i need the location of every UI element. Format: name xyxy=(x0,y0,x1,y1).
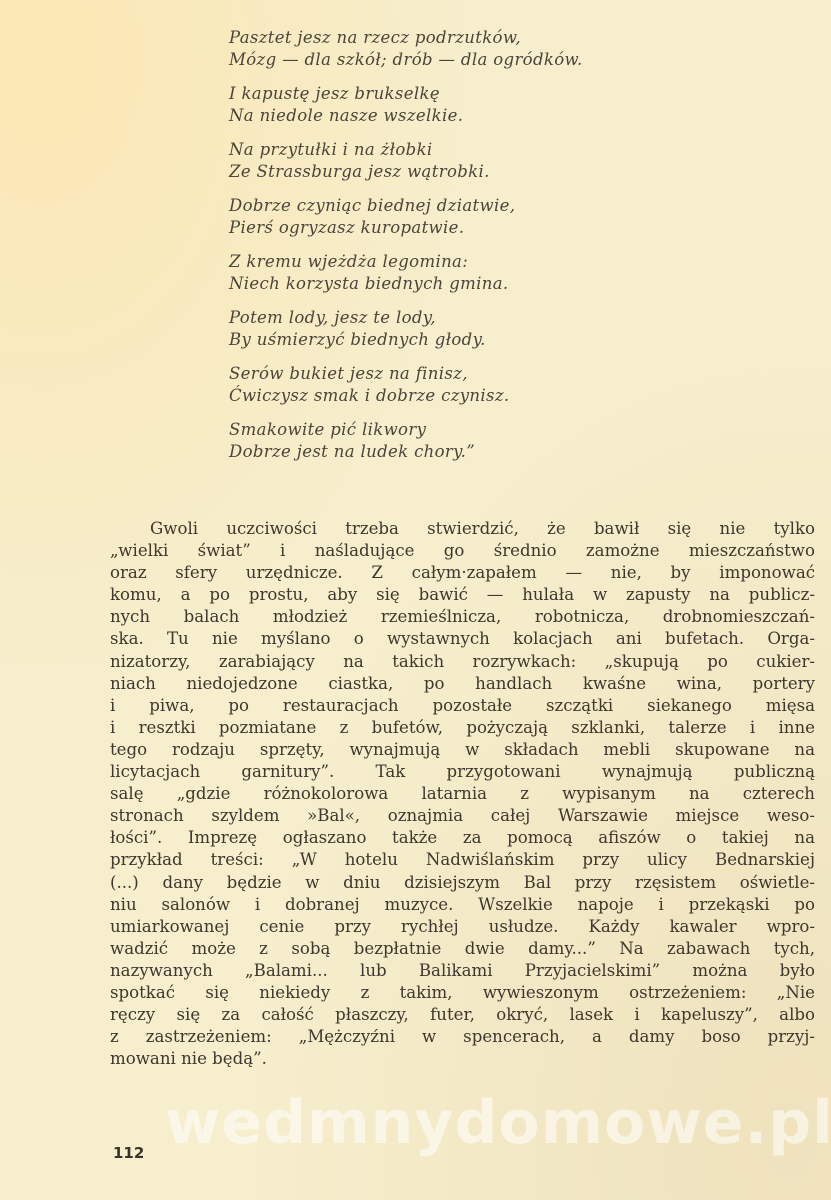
poem-stanza: Na przytułki i na żłobki Ze Strassburga … xyxy=(229,139,709,182)
poem-line: Niech korzysta biednych gmina. xyxy=(229,273,709,295)
paragraph-line: umiarkowanej cenie przy rychłej usłudze.… xyxy=(110,916,815,938)
poem-stanza: Smakowite pić likwory Dobrze jest na lud… xyxy=(229,419,709,462)
paragraph-line: z zastrzeżeniem: „Mężczyźni w spencerach… xyxy=(110,1026,815,1048)
poem-stanza: I kapustę jesz brukselkę Na niedole nasz… xyxy=(229,83,709,126)
paragraph-line: przykład treści: „W hotelu Nadwiślańskim… xyxy=(110,849,815,871)
poem-line: Z kremu wjeżdża legomina: xyxy=(229,251,709,273)
poem-line: I kapustę jesz brukselkę xyxy=(229,83,709,105)
poem-line: Na niedole nasze wszelkie. xyxy=(229,105,709,127)
paragraph-line: Gwoli uczciwości trzeba stwierdzić, że b… xyxy=(110,518,815,540)
poem-line: Serów bukiet jesz na finisz, xyxy=(229,363,709,385)
poem-stanza: Dobrze czyniąc biednej dziatwie, Pierś o… xyxy=(229,195,709,238)
paragraph-line: łości”. Imprezę ogłaszano także za pomoc… xyxy=(110,827,815,849)
paragraph-line: ręczy się za całość płaszczy, futer, okr… xyxy=(110,1004,815,1026)
paragraph-line: stronach szyldem »Bal«, oznajmia całej W… xyxy=(110,805,815,827)
paragraph-line: ska. Tu nie myślano o wystawnych kolacja… xyxy=(110,628,815,650)
paragraph-line: nych balach młodzież rzemieślnicza, robo… xyxy=(110,606,815,628)
paragraph-line: i resztki pozmiatane z bufetów, pożyczaj… xyxy=(110,717,815,739)
poem-line: Ze Strassburga jesz wątrobki. xyxy=(229,161,709,183)
paragraph-line: mowani nie będą”. xyxy=(110,1048,815,1070)
paragraph-line: i piwa, po restauracjach pozostałe szczą… xyxy=(110,695,815,717)
paragraph-line: niu salonów i dobranej muzyce. Wszelkie … xyxy=(110,894,815,916)
poem-line: By uśmierzyć biednych głody. xyxy=(229,329,709,351)
paragraph-line: licytacjach garnitury”. Tak przygotowani… xyxy=(110,761,815,783)
paragraph-line: niach niedojedzone ciastka, po handlach … xyxy=(110,673,815,695)
poem-stanza: Potem lody, jesz te lody, By uśmierzyć b… xyxy=(229,307,709,350)
poem-line: Ćwiczysz smak i dobrze czynisz. xyxy=(229,385,709,407)
paragraph-line: oraz sfery urzędnicze. Z całym·zapałem —… xyxy=(110,562,815,584)
poem-line: Mózg — dla szkół; drób — dla ogródków. xyxy=(229,49,709,71)
poem-stanza: Z kremu wjeżdża legomina: Niech korzysta… xyxy=(229,251,709,294)
paragraph-line: wadzić może z sobą bezpłatnie dwie damy.… xyxy=(110,938,815,960)
paragraph-line: nazywanych „Balami... lub Balikami Przyj… xyxy=(110,960,815,982)
poem-line: Pierś ogryzasz kuropatwie. xyxy=(229,217,709,239)
book-page: Pasztet jesz na rzecz podrzutków, Mózg —… xyxy=(0,0,831,1200)
paragraph-line: tego rodzaju sprzęty, wynajmują w składa… xyxy=(110,739,815,761)
poem-line: Dobrze jest na ludek chory.” xyxy=(229,441,709,463)
poem-line: Na przytułki i na żłobki xyxy=(229,139,709,161)
paragraph-line: nizatorzy, zarabiający na takich rozrywk… xyxy=(110,651,815,673)
paragraph-line: spotkać się niekiedy z takim, wywieszony… xyxy=(110,982,815,1004)
paragraph-line: „wielki świat” i naśladujące go średnio … xyxy=(110,540,815,562)
poem-line: Potem lody, jesz te lody, xyxy=(229,307,709,329)
poem-stanza: Pasztet jesz na rzecz podrzutków, Mózg —… xyxy=(229,27,709,70)
poem-line: Pasztet jesz na rzecz podrzutków, xyxy=(229,27,709,49)
paragraph-line: (...) dany będzie w dniu dzisiejszym Bal… xyxy=(110,872,815,894)
body-paragraph: Gwoli uczciwości trzeba stwierdzić, że b… xyxy=(110,518,815,1070)
poem-line: Dobrze czyniąc biednej dziatwie, xyxy=(229,195,709,217)
paragraph-line: salę „gdzie różnokolorowa latarnia z wyp… xyxy=(110,783,815,805)
poem-stanza: Serów bukiet jesz na finisz, Ćwiczysz sm… xyxy=(229,363,709,406)
paragraph-line: komu, a po prostu, aby się bawić — hulał… xyxy=(110,584,815,606)
page-number: 112 xyxy=(113,1144,144,1162)
poem: Pasztet jesz na rzecz podrzutków, Mózg —… xyxy=(229,27,709,475)
watermark: wedmnydomowe.pl xyxy=(165,1088,831,1158)
poem-line: Smakowite pić likwory xyxy=(229,419,709,441)
